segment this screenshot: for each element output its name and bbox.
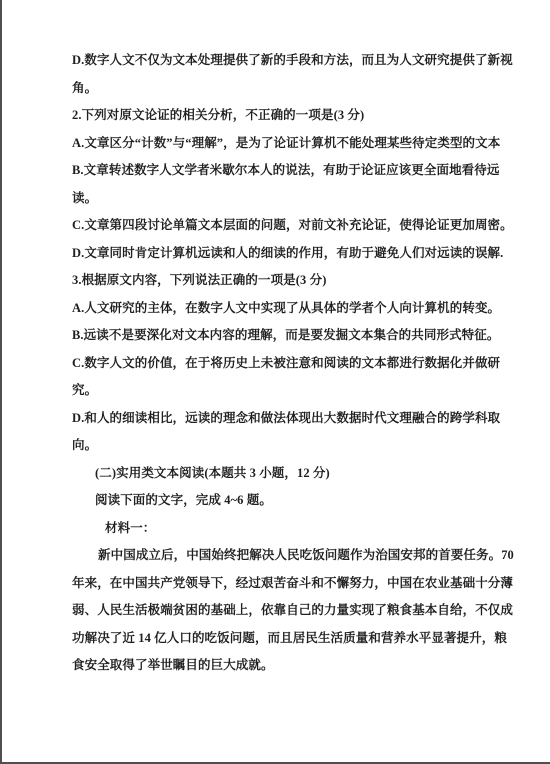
q3-option-c-line-1: C.数字人文的价值，在于将历史上未被注意和阅读的文本都进行数据化并做研 bbox=[72, 350, 512, 378]
material-1-paragraph-line-4: 功解决了近 14 亿人口的吃饭问题，而且居民生活质量和营养水平显著提升，粮 bbox=[72, 625, 512, 653]
q3-option-a: A.人文研究的主体，在数字人文中实现了从具体的学者个人向计算机的转变。 bbox=[72, 295, 512, 323]
reading-instruction: 阅读下面的文字，完成 4~6 题。 bbox=[72, 487, 512, 515]
question-2-stem: 2.下列对原文论证的相关分析，不正确的一项是(3 分) bbox=[72, 102, 512, 130]
material-1-paragraph-line-3: 弱、人民生活极端贫困的基础上，依靠自己的力量实现了粮食基本自给，不仅成 bbox=[72, 597, 512, 625]
q2-option-d: D.文章同时肯定计算机远读和人的细读的作用，有助于避免人们对远读的误解. bbox=[72, 240, 512, 268]
q3-option-c-line-2: 究。 bbox=[72, 377, 512, 405]
document-text-block: D.数字人文不仅为文本处理提供了新的手段和方法，而且为人文研究提供了新视角。2.… bbox=[72, 47, 512, 680]
q2-prev-option-d-line-1: D.数字人文不仅为文本处理提供了新的手段和方法，而且为人文研究提供了新视 bbox=[72, 47, 512, 75]
question-3-stem: 3.根据原文内容，下列说法正确的一项是(3 分) bbox=[72, 267, 512, 295]
q3-option-d-line-2: 向。 bbox=[72, 432, 512, 460]
material-1-paragraph-line-5: 食安全取得了举世瞩目的巨大成就。 bbox=[72, 652, 512, 680]
q3-option-b: B.远读不是要深化对文本内容的理解，而是要发掘文本集合的共同形式特征。 bbox=[72, 322, 512, 350]
section-2-heading: (二)实用类文本阅读(本题共 3 小题，12 分) bbox=[72, 460, 512, 488]
q2-prev-option-d-line-2: 角。 bbox=[72, 75, 512, 103]
exam-document-page: D.数字人文不仅为文本处理提供了新的手段和方法，而且为人文研究提供了新视角。2.… bbox=[0, 0, 550, 764]
material-1-label: 材料一： bbox=[72, 515, 512, 543]
q2-option-c: C.文章第四段讨论单篇文本层面的问题，对前文补充论证，使得论证更加周密。 bbox=[72, 212, 512, 240]
material-1-paragraph-line-2: 年来，在中国共产党领导下，经过艰苦奋斗和不懈努力，中国在农业基础十分薄 bbox=[72, 570, 512, 598]
q3-option-d-line-1: D.和人的细读相比，远读的理念和做法体现出大数据时代文理融合的跨学科取 bbox=[72, 405, 512, 433]
q2-option-b-line-2: 读。 bbox=[72, 185, 512, 213]
page-frame-left bbox=[0, 0, 2, 764]
q2-option-a: A.文章区分“计数”与“理解”，是为了论证计算机不能处理某些待定类型的文本 bbox=[72, 130, 512, 158]
material-1-paragraph-line-1: 新中国成立后，中国始终把解决人民吃饭问题作为治国安邦的首要任务。70 bbox=[72, 542, 512, 570]
q2-option-b-line-1: B.文章转述数字人文学者米歇尔本人的说法，有助于论证应该更全面地看待远 bbox=[72, 157, 512, 185]
